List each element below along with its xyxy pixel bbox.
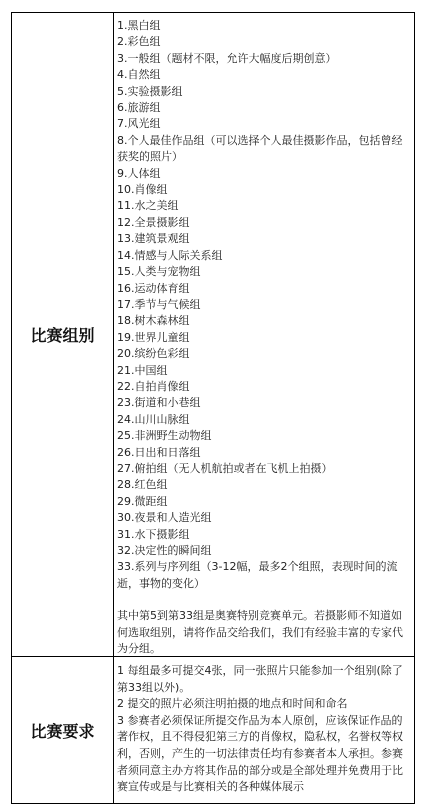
list-item: 32.决定性的瞬间组: [117, 543, 410, 559]
list-item: 10.肖像组: [117, 182, 410, 198]
row-label-requirements: 比赛要求: [12, 657, 114, 803]
table-row-categories: 比赛组别 1.黑白组 2.彩色组 3.一般组（题材不限，允许大幅度后期创意） 4…: [12, 13, 414, 656]
list-item: 1.黑白组: [117, 18, 410, 34]
list-item: 5.实验摄影组: [117, 84, 410, 100]
list-item: 16.运动体育组: [117, 281, 410, 297]
categories-list: 1.黑白组 2.彩色组 3.一般组（题材不限，允许大幅度后期创意） 4.自然组 …: [114, 13, 414, 656]
list-item: 3 参赛者必须保证所提交作品为本人原创，应该保证作品的著作权，且不得侵犯第三方的…: [117, 713, 410, 796]
list-item: 33.系列与序列组（3-12幅，最多2个组照，表现时间的流逝，事物的变化）: [117, 559, 410, 592]
list-item: 20.缤纷色彩组: [117, 346, 410, 362]
list-item: 2.彩色组: [117, 34, 410, 50]
list-item: 1 每组最多可提交4张，同一张照片只能参加一个组别(除了第33组以外)。: [117, 663, 410, 696]
list-item: 2 提交的照片必须注明拍摄的地点和时间和命名: [117, 696, 410, 713]
table-row-requirements: 比赛要求 1 每组最多可提交4张，同一张照片只能参加一个组别(除了第33组以外)…: [12, 656, 414, 803]
requirements-list: 1 每组最多可提交4张，同一张照片只能参加一个组别(除了第33组以外)。 2 提…: [114, 657, 414, 803]
list-item: 8.个人最佳作品组（可以选择个人最佳摄影作品，包括曾经获奖的照片）: [117, 133, 410, 166]
list-item: 29.微距组: [117, 494, 410, 510]
list-item: 23.街道和小巷组: [117, 395, 410, 411]
list-item: 21.中国组: [117, 363, 410, 379]
list-item: 13.建筑景观组: [117, 231, 410, 247]
list-item: 28.红色组: [117, 477, 410, 493]
list-item: 30.夜景和人造光组: [117, 510, 410, 526]
list-item: 15.人类与宠物组: [117, 264, 410, 280]
competition-table: 比赛组别 1.黑白组 2.彩色组 3.一般组（题材不限，允许大幅度后期创意） 4…: [11, 12, 415, 804]
list-item: 4.自然组: [117, 67, 410, 83]
list-item: 24.山川山脉组: [117, 412, 410, 428]
list-item: 9.人体组: [117, 166, 410, 182]
list-item: 14.情感与人际关系组: [117, 248, 410, 264]
list-item: 26.日出和日落组: [117, 445, 410, 461]
row-label-categories: 比赛组别: [12, 13, 114, 656]
list-item: 18.树木森林组: [117, 313, 410, 329]
list-item: 19.世界儿童组: [117, 330, 410, 346]
list-item: 11.水之美组: [117, 198, 410, 214]
list-item: 31.水下摄影组: [117, 527, 410, 543]
list-item: 3.一般组（题材不限，允许大幅度后期创意）: [117, 51, 410, 67]
list-item: 27.俯拍组（无人机航拍或者在飞机上拍摄）: [117, 461, 410, 477]
list-item: 22.自拍肖像组: [117, 379, 410, 395]
list-item: 12.全景摄影组: [117, 215, 410, 231]
categories-note: 其中第5到第33组是奥赛特别竞赛单元。若摄影师不知道如何选取组别，请将作品交给我…: [117, 608, 410, 657]
list-item: 25.非洲野生动物组: [117, 428, 410, 444]
list-item: 17.季节与气候组: [117, 297, 410, 313]
list-item: 6.旅游组: [117, 100, 410, 116]
list-item: 7.风光组: [117, 116, 410, 132]
